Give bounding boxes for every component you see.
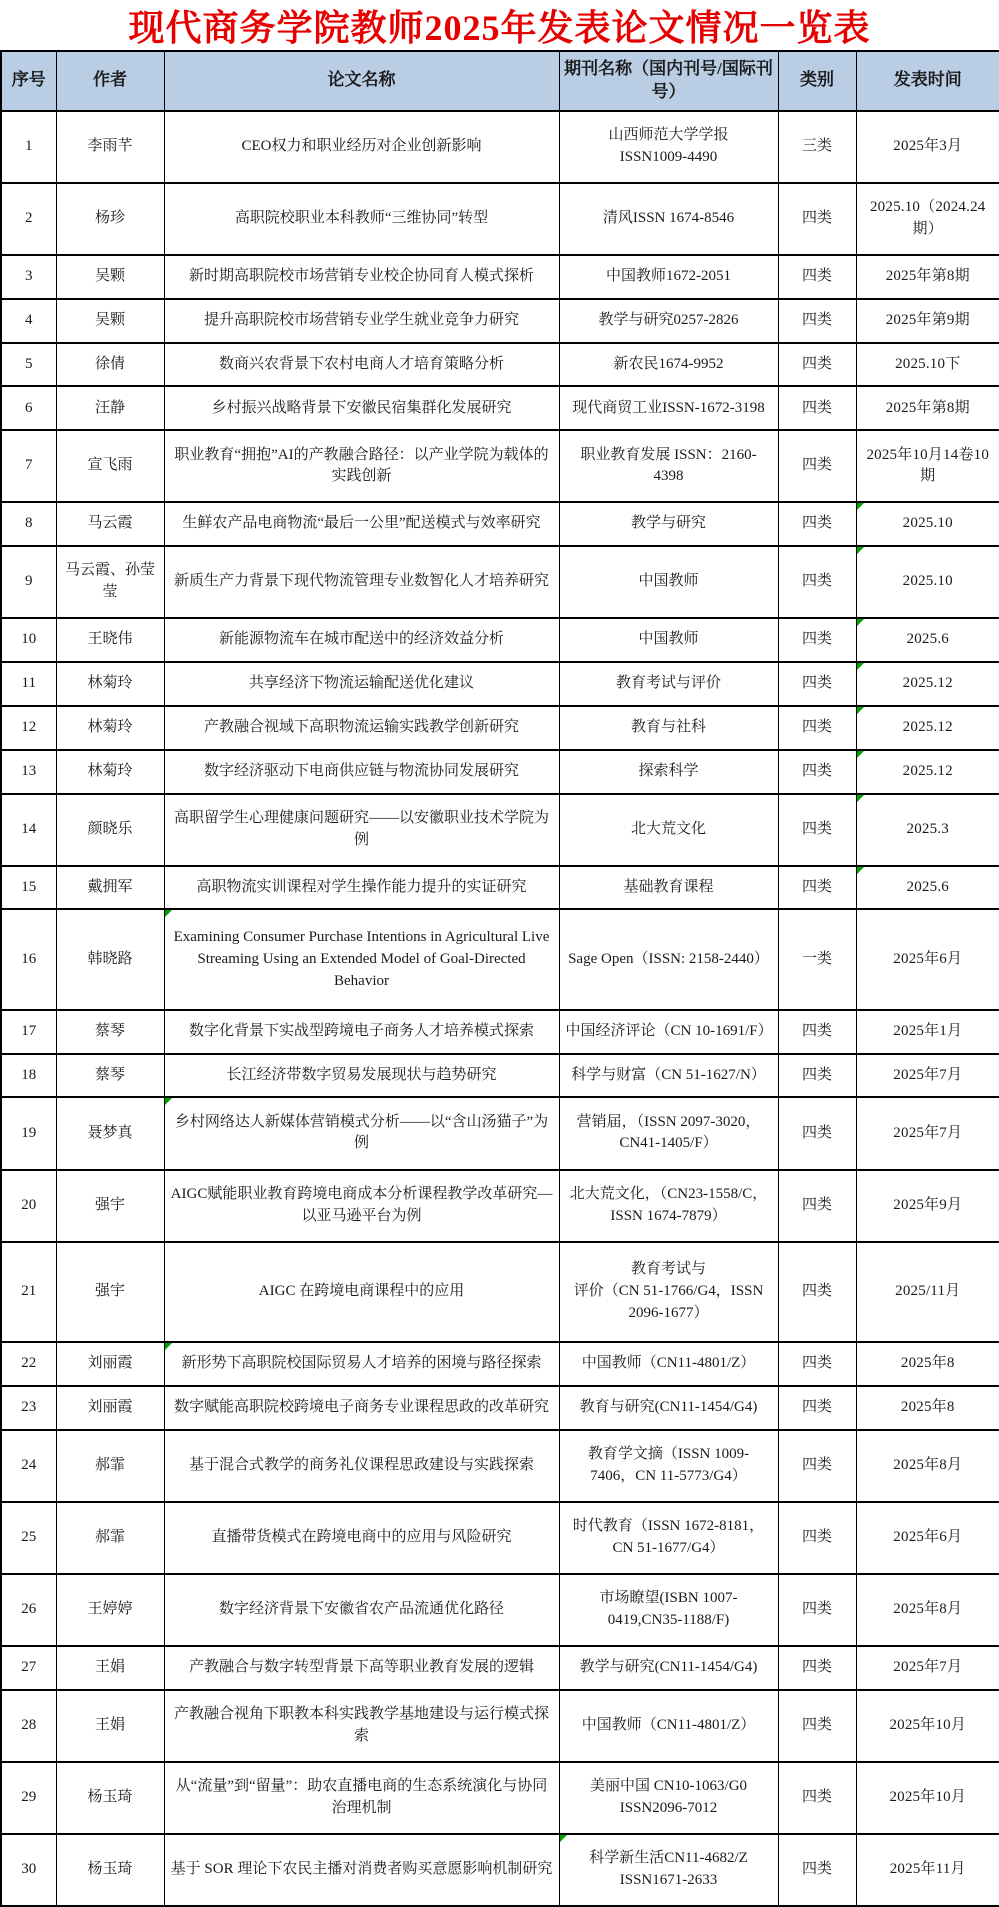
cell-date: 2025年10月 xyxy=(856,1762,999,1834)
cell-author: 王婷婷 xyxy=(56,1574,164,1646)
cell-paper-title: 数字经济驱动下电商供应链与物流协同发展研究 xyxy=(164,750,559,794)
cell-journal: 科学与财富（CN 51-1627/N） xyxy=(559,1054,778,1098)
cell-author: 林菊玲 xyxy=(56,706,164,750)
cell-date: 2025年9月 xyxy=(856,1170,999,1242)
cell-author: 强宇 xyxy=(56,1242,164,1342)
cell-date: 2025.12 xyxy=(856,706,999,750)
excel-flag-triangle-icon xyxy=(857,795,864,802)
cell-author: 吴颗 xyxy=(56,255,164,299)
table-row: 4 吴颗 提升高职院校市场营销专业学生就业竞争力研究 教学与研究0257-282… xyxy=(1,299,999,343)
cell-date: 2025.10 xyxy=(856,502,999,546)
cell-journal: 教育考试与 评价（CN 51-1766/G4，ISSN 2096-1677） xyxy=(559,1242,778,1342)
table-row: 12 林菊玲 产教融合视域下高职物流运输实践教学创新研究 教育与社科 四类 20… xyxy=(1,706,999,750)
cell-category: 四类 xyxy=(778,546,856,618)
cell-date: 2025.12 xyxy=(856,750,999,794)
cell-row-number: 16 xyxy=(1,909,56,1009)
cell-paper-title: 新形势下高职院校国际贸易人才培养的困境与路径探索 xyxy=(164,1342,559,1386)
cell-journal: 职业教育发展 ISSN：2160-4398 xyxy=(559,430,778,502)
cell-date: 2025年10月 xyxy=(856,1690,999,1762)
cell-journal: 教育考试与评价 xyxy=(559,662,778,706)
cell-category: 四类 xyxy=(778,1054,856,1098)
cell-row-number: 7 xyxy=(1,430,56,502)
cell-journal: 教育学文摘（ISSN 1009-7406，CN 11-5773/G4） xyxy=(559,1430,778,1502)
cell-row-number: 8 xyxy=(1,502,56,546)
cell-category: 四类 xyxy=(778,866,856,910)
cell-category: 四类 xyxy=(778,1762,856,1834)
cell-date: 2025.6 xyxy=(856,618,999,662)
cell-row-number: 21 xyxy=(1,1242,56,1342)
cell-row-number: 17 xyxy=(1,1010,56,1054)
cell-date: 2025年8月 xyxy=(856,1574,999,1646)
cell-date: 2025年3月 xyxy=(856,111,999,183)
cell-category: 四类 xyxy=(778,1010,856,1054)
table-row: 22 刘丽霞 新形势下高职院校国际贸易人才培养的困境与路径探索 中国教师（CN1… xyxy=(1,1342,999,1386)
table-header: 序号 作者 论文名称 期刊名称（国内刊号/国际刊号） 类别 发表时间 xyxy=(1,51,999,111)
cell-author: 林菊玲 xyxy=(56,750,164,794)
cell-date: 2025.3 xyxy=(856,794,999,866)
cell-author: 杨玉琦 xyxy=(56,1834,164,1906)
table-row: 6 汪静 乡村振兴战略背景下安徽民宿集群化发展研究 现代商贸工业ISSN-167… xyxy=(1,386,999,430)
cell-category: 四类 xyxy=(778,662,856,706)
cell-row-number: 9 xyxy=(1,546,56,618)
cell-date: 2025.10 xyxy=(856,546,999,618)
cell-paper-title: 高职留学生心理健康问题研究——以安徽职业技术学院为例 xyxy=(164,794,559,866)
table-row: 5 徐倩 数商兴农背景下农村电商人才培育策略分析 新农民1674-9952 四类… xyxy=(1,343,999,387)
table-row: 18 蔡琴 长江经济带数字贸易发展现状与趋势研究 科学与财富（CN 51-162… xyxy=(1,1054,999,1098)
cell-paper-title: 数字经济背景下安徽省农产品流通优化路径 xyxy=(164,1574,559,1646)
cell-row-number: 19 xyxy=(1,1097,56,1169)
cell-author: 郝霏 xyxy=(56,1430,164,1502)
cell-paper-title: 基于混合式教学的商务礼仪课程思政建设与实践探索 xyxy=(164,1430,559,1502)
cell-paper-title: 新质生产力背景下现代物流管理专业数智化人才培养研究 xyxy=(164,546,559,618)
table-row: 24 郝霏 基于混合式教学的商务礼仪课程思政建设与实践探索 教育学文摘（ISSN… xyxy=(1,1430,999,1502)
table-row: 30 杨玉琦 基于 SOR 理论下农民主播对消费者购买意愿影响机制研究 科学新生… xyxy=(1,1834,999,1906)
cell-category: 四类 xyxy=(778,343,856,387)
cell-paper-title: 数字化背景下实战型跨境电子商务人才培养模式探索 xyxy=(164,1010,559,1054)
cell-date: 2025年第9期 xyxy=(856,299,999,343)
cell-category: 四类 xyxy=(778,1386,856,1430)
cell-journal: 中国教师 xyxy=(559,546,778,618)
cell-category: 四类 xyxy=(778,1646,856,1690)
cell-paper-title: 乡村网络达人新媒体营销模式分析——以“含山汤猫子”为例 xyxy=(164,1097,559,1169)
header-col-author: 作者 xyxy=(56,51,164,111)
cell-date: 2025/11月 xyxy=(856,1242,999,1342)
cell-row-number: 3 xyxy=(1,255,56,299)
header-col-journal: 期刊名称（国内刊号/国际刊号） xyxy=(559,51,778,111)
cell-journal: 清风ISSN 1674-8546 xyxy=(559,183,778,255)
cell-row-number: 11 xyxy=(1,662,56,706)
cell-date: 2025年8月 xyxy=(856,1430,999,1502)
cell-author: 刘丽霞 xyxy=(56,1342,164,1386)
cell-author: 杨珍 xyxy=(56,183,164,255)
cell-author: 马云霞、孙莹莹 xyxy=(56,546,164,618)
cell-paper-title: AIGC 在跨境电商课程中的应用 xyxy=(164,1242,559,1342)
papers-table: 序号 作者 论文名称 期刊名称（国内刊号/国际刊号） 类别 发表时间 1 李雨芊… xyxy=(0,50,999,1907)
cell-date: 2025.12 xyxy=(856,662,999,706)
cell-category: 四类 xyxy=(778,750,856,794)
cell-category: 四类 xyxy=(778,1502,856,1574)
cell-author: 王娟 xyxy=(56,1690,164,1762)
table-row: 19 聂梦真 乡村网络达人新媒体营销模式分析——以“含山汤猫子”为例 营销届，（… xyxy=(1,1097,999,1169)
table-row: 2 杨珍 高职院校职业本科教师“三维协同”转型 清风ISSN 1674-8546… xyxy=(1,183,999,255)
excel-flag-triangle-icon xyxy=(165,910,172,917)
cell-paper-title: 从“流量”到“留量”：助农直播电商的生态系统演化与协同治理机制 xyxy=(164,1762,559,1834)
cell-author: 徐倩 xyxy=(56,343,164,387)
cell-paper-title: Examining Consumer Purchase Intentions i… xyxy=(164,909,559,1009)
cell-category: 四类 xyxy=(778,255,856,299)
cell-row-number: 12 xyxy=(1,706,56,750)
cell-date: 2025年8 xyxy=(856,1342,999,1386)
cell-paper-title: 共享经济下物流运输配送优化建议 xyxy=(164,662,559,706)
cell-row-number: 15 xyxy=(1,866,56,910)
cell-journal: 时代教育（ISSN 1672-8181，CN 51-1677/G4） xyxy=(559,1502,778,1574)
table-body: 1 李雨芊 CEO权力和职业经历对企业创新影响 山西师范大学学报 ISSN100… xyxy=(1,111,999,1906)
table-row: 10 王晓伟 新能源物流车在城市配送中的经济效益分析 中国教师 四类 2025.… xyxy=(1,618,999,662)
cell-author: 杨玉琦 xyxy=(56,1762,164,1834)
excel-flag-triangle-icon xyxy=(857,867,864,874)
cell-journal: 教学与研究 xyxy=(559,502,778,546)
cell-paper-title: 产教融合视域下高职物流运输实践教学创新研究 xyxy=(164,706,559,750)
cell-journal: 中国经济评论（CN 10-1691/F） xyxy=(559,1010,778,1054)
cell-date: 2025年11月 xyxy=(856,1834,999,1906)
table-row: 7 宣飞雨 职业教育“拥抱”AI的产教融合路径：以产业学院为载体的实践创新 职业… xyxy=(1,430,999,502)
cell-category: 四类 xyxy=(778,1430,856,1502)
table-row: 17 蔡琴 数字化背景下实战型跨境电子商务人才培养模式探索 中国经济评论（CN … xyxy=(1,1010,999,1054)
cell-author: 蔡琴 xyxy=(56,1010,164,1054)
table-row: 15 戴拥军 高职物流实训课程对学生操作能力提升的实证研究 基础教育课程 四类 … xyxy=(1,866,999,910)
table-row: 3 吴颗 新时期高职院校市场营销专业校企协同育人模式探析 中国教师1672-20… xyxy=(1,255,999,299)
cell-author: 汪静 xyxy=(56,386,164,430)
cell-paper-title: 产教融合与数字转型背景下高等职业教育发展的逻辑 xyxy=(164,1646,559,1690)
cell-row-number: 27 xyxy=(1,1646,56,1690)
cell-journal: Sage Open（ISSN: 2158-2440） xyxy=(559,909,778,1009)
cell-journal: 山西师范大学学报 ISSN1009-4490 xyxy=(559,111,778,183)
cell-date: 2025年7月 xyxy=(856,1646,999,1690)
cell-journal: 现代商贸工业ISSN-1672-3198 xyxy=(559,386,778,430)
cell-paper-title: 乡村振兴战略背景下安徽民宿集群化发展研究 xyxy=(164,386,559,430)
cell-row-number: 29 xyxy=(1,1762,56,1834)
cell-date: 2025年10月14卷10期 xyxy=(856,430,999,502)
cell-category: 四类 xyxy=(778,1690,856,1762)
cell-paper-title: 生鲜农产品电商物流“最后一公里”配送模式与效率研究 xyxy=(164,502,559,546)
table-row: 28 王娟 产教融合视角下职教本科实践教学基地建设与运行模式探索 中国教师（CN… xyxy=(1,1690,999,1762)
document-page: 现代商务学院教师2025年发表论文情况一览表 序号 作者 论文名称 期刊名称（国… xyxy=(0,0,999,1907)
cell-journal: 北大荒文化 xyxy=(559,794,778,866)
cell-category: 四类 xyxy=(778,299,856,343)
cell-date: 2025年8 xyxy=(856,1386,999,1430)
table-row: 1 李雨芊 CEO权力和职业经历对企业创新影响 山西师范大学学报 ISSN100… xyxy=(1,111,999,183)
table-row: 27 王娟 产教融合与数字转型背景下高等职业教育发展的逻辑 教学与研究(CN11… xyxy=(1,1646,999,1690)
cell-row-number: 23 xyxy=(1,1386,56,1430)
cell-journal: 教育与研究(CN11-1454/G4) xyxy=(559,1386,778,1430)
table-row: 21 强宇 AIGC 在跨境电商课程中的应用 教育考试与 评价（CN 51-17… xyxy=(1,1242,999,1342)
cell-paper-title: 长江经济带数字贸易发展现状与趋势研究 xyxy=(164,1054,559,1098)
cell-journal: 探索科学 xyxy=(559,750,778,794)
cell-author: 宣飞雨 xyxy=(56,430,164,502)
cell-paper-title: 直播带货模式在跨境电商中的应用与风险研究 xyxy=(164,1502,559,1574)
cell-category: 四类 xyxy=(778,1342,856,1386)
cell-category: 四类 xyxy=(778,1242,856,1342)
cell-date: 2025.6 xyxy=(856,866,999,910)
cell-paper-title: 高职院校职业本科教师“三维协同”转型 xyxy=(164,183,559,255)
cell-journal: 北大荒文化，（CN23-1558/C，ISSN 1674-7879） xyxy=(559,1170,778,1242)
table-row: 20 强宇 AIGC赋能职业教育跨境电商成本分析课程教学改革研究—以亚马逊平台为… xyxy=(1,1170,999,1242)
excel-flag-triangle-icon xyxy=(857,547,864,554)
excel-flag-triangle-icon xyxy=(165,1098,172,1105)
cell-date: 2025年7月 xyxy=(856,1097,999,1169)
cell-category: 四类 xyxy=(778,706,856,750)
cell-paper-title: 新时期高职院校市场营销专业校企协同育人模式探析 xyxy=(164,255,559,299)
table-row: 29 杨玉琦 从“流量”到“留量”：助农直播电商的生态系统演化与协同治理机制 美… xyxy=(1,1762,999,1834)
header-col-no: 序号 xyxy=(1,51,56,111)
cell-journal: 市场瞭望(ISBN 1007-0419,CN35-1188/F) xyxy=(559,1574,778,1646)
cell-journal: 中国教师（CN11-4801/Z） xyxy=(559,1690,778,1762)
cell-author: 戴拥军 xyxy=(56,866,164,910)
cell-date: 2025年6月 xyxy=(856,909,999,1009)
cell-author: 王晓伟 xyxy=(56,618,164,662)
cell-row-number: 2 xyxy=(1,183,56,255)
cell-category: 四类 xyxy=(778,794,856,866)
cell-journal: 教学与研究0257-2826 xyxy=(559,299,778,343)
cell-journal: 中国教师（CN11-4801/Z） xyxy=(559,1342,778,1386)
cell-row-number: 22 xyxy=(1,1342,56,1386)
table-row: 14 颜晓乐 高职留学生心理健康问题研究——以安徽职业技术学院为例 北大荒文化 … xyxy=(1,794,999,866)
cell-journal: 教学与研究(CN11-1454/G4) xyxy=(559,1646,778,1690)
cell-author: 聂梦真 xyxy=(56,1097,164,1169)
cell-category: 四类 xyxy=(778,386,856,430)
cell-author: 马云霞 xyxy=(56,502,164,546)
cell-row-number: 6 xyxy=(1,386,56,430)
excel-flag-triangle-icon xyxy=(165,1343,172,1350)
header-col-paper: 论文名称 xyxy=(164,51,559,111)
table-row: 11 林菊玲 共享经济下物流运输配送优化建议 教育考试与评价 四类 2025.1… xyxy=(1,662,999,706)
cell-category: 四类 xyxy=(778,1574,856,1646)
table-row: 26 王婷婷 数字经济背景下安徽省农产品流通优化路径 市场瞭望(ISBN 100… xyxy=(1,1574,999,1646)
cell-row-number: 24 xyxy=(1,1430,56,1502)
cell-row-number: 18 xyxy=(1,1054,56,1098)
table-row: 8 马云霞 生鲜农产品电商物流“最后一公里”配送模式与效率研究 教学与研究 四类… xyxy=(1,502,999,546)
cell-author: 郝霏 xyxy=(56,1502,164,1574)
excel-flag-triangle-icon xyxy=(857,751,864,758)
cell-category: 一类 xyxy=(778,909,856,1009)
cell-date: 2025年1月 xyxy=(856,1010,999,1054)
cell-author: 王娟 xyxy=(56,1646,164,1690)
cell-date: 2025.10下 xyxy=(856,343,999,387)
header-col-date: 发表时间 xyxy=(856,51,999,111)
cell-date: 2025年7月 xyxy=(856,1054,999,1098)
cell-paper-title: AIGC赋能职业教育跨境电商成本分析课程教学改革研究—以亚马逊平台为例 xyxy=(164,1170,559,1242)
table-row: 13 林菊玲 数字经济驱动下电商供应链与物流协同发展研究 探索科学 四类 202… xyxy=(1,750,999,794)
cell-paper-title: 产教融合视角下职教本科实践教学基地建设与运行模式探索 xyxy=(164,1690,559,1762)
table-row: 9 马云霞、孙莹莹 新质生产力背景下现代物流管理专业数智化人才培养研究 中国教师… xyxy=(1,546,999,618)
cell-row-number: 25 xyxy=(1,1502,56,1574)
cell-paper-title: 高职物流实训课程对学生操作能力提升的实证研究 xyxy=(164,866,559,910)
cell-journal: 新农民1674-9952 xyxy=(559,343,778,387)
cell-date: 2025年6月 xyxy=(856,1502,999,1574)
cell-author: 李雨芊 xyxy=(56,111,164,183)
cell-row-number: 10 xyxy=(1,618,56,662)
cell-paper-title: 基于 SOR 理论下农民主播对消费者购买意愿影响机制研究 xyxy=(164,1834,559,1906)
cell-journal: 中国教师1672-2051 xyxy=(559,255,778,299)
cell-author: 颜晓乐 xyxy=(56,794,164,866)
cell-paper-title: 提升高职院校市场营销专业学生就业竞争力研究 xyxy=(164,299,559,343)
cell-date: 2025.10（2024.24期） xyxy=(856,183,999,255)
cell-date: 2025年第8期 xyxy=(856,386,999,430)
cell-paper-title: 新能源物流车在城市配送中的经济效益分析 xyxy=(164,618,559,662)
cell-paper-title: CEO权力和职业经历对企业创新影响 xyxy=(164,111,559,183)
cell-category: 四类 xyxy=(778,1834,856,1906)
cell-author: 强宇 xyxy=(56,1170,164,1242)
cell-row-number: 4 xyxy=(1,299,56,343)
cell-paper-title: 数商兴农背景下农村电商人才培育策略分析 xyxy=(164,343,559,387)
cell-row-number: 20 xyxy=(1,1170,56,1242)
cell-journal: 营销届，（ISSN 2097-3020，CN41-1405/F） xyxy=(559,1097,778,1169)
cell-category: 四类 xyxy=(778,430,856,502)
cell-row-number: 1 xyxy=(1,111,56,183)
table-row: 25 郝霏 直播带货模式在跨境电商中的应用与风险研究 时代教育（ISSN 167… xyxy=(1,1502,999,1574)
cell-category: 四类 xyxy=(778,1097,856,1169)
cell-category: 四类 xyxy=(778,618,856,662)
cell-category: 四类 xyxy=(778,1170,856,1242)
cell-journal: 基础教育课程 xyxy=(559,866,778,910)
cell-paper-title: 数字赋能高职院校跨境电子商务专业课程思政的改革研究 xyxy=(164,1386,559,1430)
cell-author: 林菊玲 xyxy=(56,662,164,706)
cell-journal: 美丽中国 CN10-1063/G0 ISSN2096-7012 xyxy=(559,1762,778,1834)
table-row: 16 韩晓路 Examining Consumer Purchase Inten… xyxy=(1,909,999,1009)
cell-row-number: 13 xyxy=(1,750,56,794)
cell-author: 吴颗 xyxy=(56,299,164,343)
cell-author: 韩晓路 xyxy=(56,909,164,1009)
cell-journal: 教育与社科 xyxy=(559,706,778,750)
excel-flag-triangle-icon xyxy=(857,503,864,510)
page-title: 现代商务学院教师2025年发表论文情况一览表 xyxy=(0,0,999,50)
cell-journal: 中国教师 xyxy=(559,618,778,662)
cell-row-number: 28 xyxy=(1,1690,56,1762)
cell-date: 2025年第8期 xyxy=(856,255,999,299)
cell-author: 蔡琴 xyxy=(56,1054,164,1098)
excel-flag-triangle-icon xyxy=(857,619,864,626)
cell-author: 刘丽霞 xyxy=(56,1386,164,1430)
cell-paper-title: 职业教育“拥抱”AI的产教融合路径：以产业学院为载体的实践创新 xyxy=(164,430,559,502)
header-col-category: 类别 xyxy=(778,51,856,111)
cell-category: 三类 xyxy=(778,111,856,183)
cell-category: 四类 xyxy=(778,502,856,546)
cell-row-number: 5 xyxy=(1,343,56,387)
excel-flag-triangle-icon xyxy=(560,1835,567,1842)
cell-category: 四类 xyxy=(778,183,856,255)
header-row: 序号 作者 论文名称 期刊名称（国内刊号/国际刊号） 类别 发表时间 xyxy=(1,51,999,111)
cell-row-number: 14 xyxy=(1,794,56,866)
cell-row-number: 26 xyxy=(1,1574,56,1646)
cell-journal: 科学新生活CN11-4682/Z ISSN1671-2633 xyxy=(559,1834,778,1906)
excel-flag-triangle-icon xyxy=(857,663,864,670)
table-row: 23 刘丽霞 数字赋能高职院校跨境电子商务专业课程思政的改革研究 教育与研究(C… xyxy=(1,1386,999,1430)
cell-row-number: 30 xyxy=(1,1834,56,1906)
excel-flag-triangle-icon xyxy=(857,707,864,714)
